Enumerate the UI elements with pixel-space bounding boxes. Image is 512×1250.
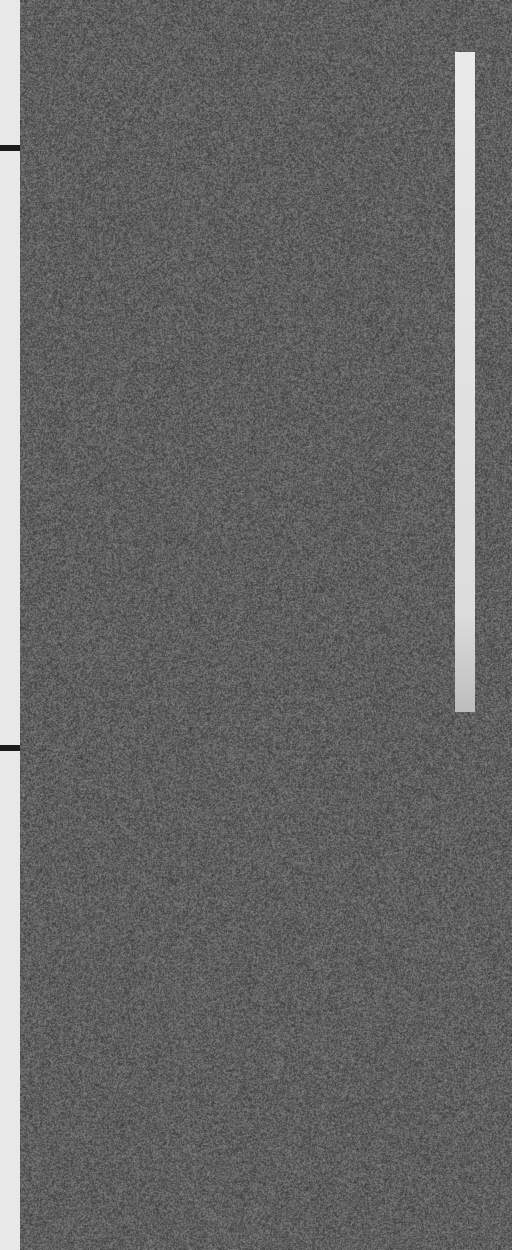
curb-strip [0, 0, 20, 1250]
asphalt-texture [20, 0, 512, 1250]
curb-joint [0, 745, 20, 751]
curb-joint [0, 145, 20, 151]
road-scene [0, 0, 512, 1250]
lane-marking [455, 52, 475, 712]
